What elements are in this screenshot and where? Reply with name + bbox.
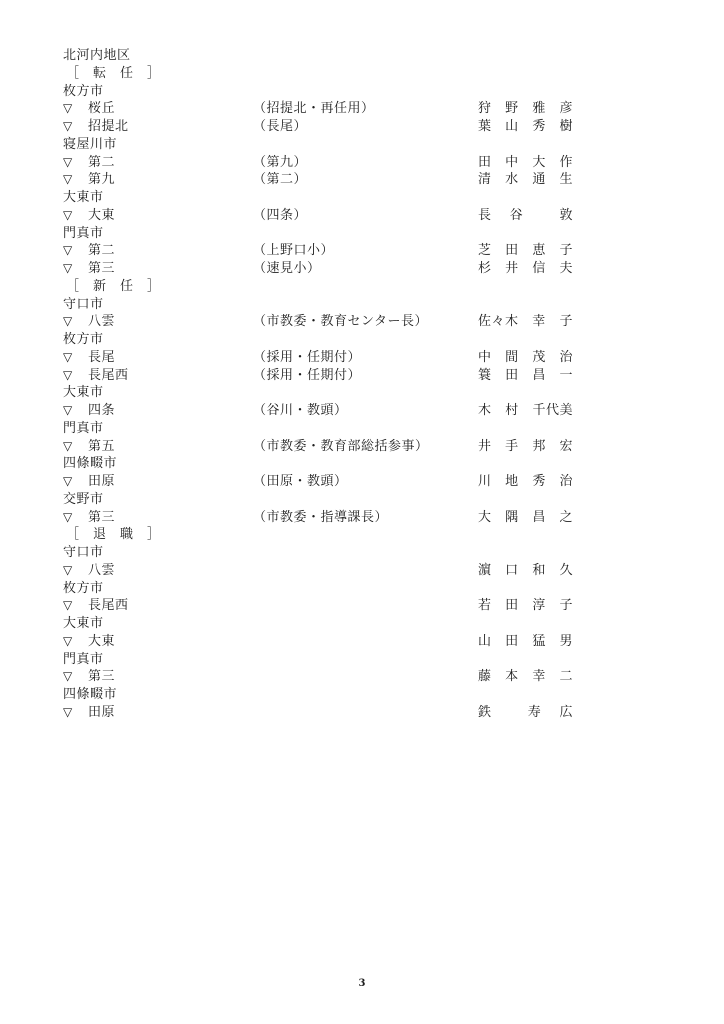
- origin-note: （第九）: [253, 154, 307, 172]
- school-name: 第三: [88, 260, 115, 278]
- personnel-entry-row: ▽第三（市教委・指導課長）大隅昌之: [63, 509, 603, 527]
- personnel-entry-row: ▽第二（第九）田中大作: [63, 154, 603, 172]
- school-name: 大東: [88, 207, 115, 225]
- school-name: 招提北: [88, 118, 129, 136]
- name-token: 田: [505, 367, 519, 385]
- school-name: 第二: [88, 242, 115, 260]
- origin-note: （四条）: [253, 207, 307, 225]
- personnel-entry-row: ▽長尾西（採用・任期付）簑田昌一: [63, 367, 603, 385]
- person-name: 山田猛男: [478, 633, 573, 651]
- city-row: 四條畷市: [63, 455, 603, 473]
- person-name: 鉄寿広: [478, 704, 573, 722]
- name-token: 夫: [559, 260, 573, 278]
- city-row: 守口市: [63, 544, 603, 562]
- origin-note: （市教委・教育部総括参事）: [253, 438, 429, 456]
- name-token: 宏: [559, 438, 573, 456]
- name-token: 幸: [532, 313, 546, 331]
- personnel-entry-row: ▽田原鉄寿広: [63, 704, 603, 722]
- name-token: 中: [478, 349, 492, 367]
- name-token: 和: [532, 562, 546, 580]
- document-content: 北河内地区［ 転 任 ］枚方市▽桜丘（招提北・再任用）狩野雅彦▽招提北（長尾）葉…: [63, 47, 603, 722]
- name-token: 谷: [510, 207, 524, 225]
- person-name: 佐々木幸子: [478, 313, 573, 331]
- city-row: 門真市: [63, 651, 603, 669]
- origin-note: （谷川・教頭）: [253, 402, 348, 420]
- page-number: 3: [0, 978, 724, 990]
- triangle-marker-icon: ▽: [63, 473, 73, 491]
- name-token: 之: [559, 509, 573, 527]
- name-token: 川: [478, 473, 492, 491]
- name-token: 昌: [532, 509, 546, 527]
- triangle-marker-icon: ▽: [63, 100, 73, 118]
- person-name: 木村千代美: [478, 402, 573, 420]
- name-token: 井: [505, 260, 519, 278]
- name-token: 治: [559, 349, 573, 367]
- person-name: 藤本幸二: [478, 668, 573, 686]
- person-name: 大隅昌之: [478, 509, 573, 527]
- name-token: 間: [505, 349, 519, 367]
- triangle-marker-icon: ▽: [63, 633, 73, 651]
- name-token: 藤: [478, 668, 492, 686]
- section-row: ［ 新 任 ］: [63, 278, 603, 296]
- origin-note: （田原・教頭）: [253, 473, 348, 491]
- name-token: 昌: [532, 367, 546, 385]
- person-name: 清水通生: [478, 171, 573, 189]
- personnel-entry-row: ▽大東（四条）長谷敦: [63, 207, 603, 225]
- name-token: 猛: [532, 633, 546, 651]
- name-token: 寿: [528, 704, 542, 722]
- name-token: 久: [559, 562, 573, 580]
- school-name: 大東: [88, 633, 115, 651]
- school-name: 田原: [88, 473, 115, 491]
- school-name: 第二: [88, 154, 115, 172]
- person-name: 中間茂治: [478, 349, 573, 367]
- school-name: 長尾西: [88, 597, 129, 615]
- name-token: 田: [505, 242, 519, 260]
- district-row: 北河内地区: [63, 47, 603, 65]
- section-row: ［ 転 任 ］: [63, 65, 603, 83]
- city-row: 四條畷市: [63, 686, 603, 704]
- person-name: 狩野雅彦: [478, 100, 573, 118]
- name-token: 鉄: [478, 704, 492, 722]
- school-name: 第三: [88, 668, 115, 686]
- name-token: 長: [478, 207, 492, 225]
- name-token: 樹: [559, 118, 573, 136]
- triangle-marker-icon: ▽: [63, 260, 73, 278]
- city-row: 枚方市: [63, 580, 603, 598]
- name-token: 男: [559, 633, 573, 651]
- name-token: 生: [559, 171, 573, 189]
- name-token: 子: [559, 242, 573, 260]
- origin-note: （上野口小）: [253, 242, 334, 260]
- school-name: 八雲: [88, 313, 115, 331]
- name-token: 秀: [532, 473, 546, 491]
- name-token: 邦: [532, 438, 546, 456]
- triangle-marker-icon: ▽: [63, 367, 73, 385]
- school-name: 四条: [88, 402, 115, 420]
- personnel-entry-row: ▽田原（田原・教頭）川地秀治: [63, 473, 603, 491]
- triangle-marker-icon: ▽: [63, 242, 73, 260]
- name-token: 野: [505, 100, 519, 118]
- name-token: 水: [505, 171, 519, 189]
- personnel-entry-row: ▽長尾（採用・任期付）中間茂治: [63, 349, 603, 367]
- personnel-entry-row: ▽大東山田猛男: [63, 633, 603, 651]
- personnel-entry-row: ▽八雲濵口和久: [63, 562, 603, 580]
- personnel-entry-row: ▽第九（第二）清水通生: [63, 171, 603, 189]
- name-token: 隅: [505, 509, 519, 527]
- city-row: 門真市: [63, 225, 603, 243]
- document-page: 北河内地区［ 転 任 ］枚方市▽桜丘（招提北・再任用）狩野雅彦▽招提北（長尾）葉…: [0, 0, 724, 1024]
- name-token: 手: [505, 438, 519, 456]
- name-token: 中: [505, 154, 519, 172]
- school-name: 第九: [88, 171, 115, 189]
- school-name: 桜丘: [88, 100, 115, 118]
- name-token: 村: [505, 402, 519, 420]
- name-token: 井: [478, 438, 492, 456]
- person-name: 簑田昌一: [478, 367, 573, 385]
- name-token: 信: [532, 260, 546, 278]
- triangle-marker-icon: ▽: [63, 704, 73, 722]
- personnel-entry-row: ▽八雲（市教委・教育センター長）佐々木幸子: [63, 313, 603, 331]
- city-row: 寝屋川市: [63, 136, 603, 154]
- name-token: 通: [532, 171, 546, 189]
- triangle-marker-icon: ▽: [63, 509, 73, 527]
- triangle-marker-icon: ▽: [63, 349, 73, 367]
- name-token: 広: [559, 704, 573, 722]
- name-token: 淳: [532, 597, 546, 615]
- name-token: 若: [478, 597, 492, 615]
- name-token: 葉: [478, 118, 492, 136]
- city-row: 門真市: [63, 420, 603, 438]
- name-token: 子: [559, 313, 573, 331]
- person-name: 若田淳子: [478, 597, 573, 615]
- name-token: 山: [505, 118, 519, 136]
- name-token: 清: [478, 171, 492, 189]
- triangle-marker-icon: ▽: [63, 154, 73, 172]
- name-token: 佐々木: [478, 313, 519, 331]
- origin-note: （長尾）: [253, 118, 307, 136]
- name-token: 千代美: [532, 402, 573, 420]
- triangle-marker-icon: ▽: [63, 118, 73, 136]
- origin-note: （第二）: [253, 171, 307, 189]
- personnel-entry-row: ▽第三藤本幸二: [63, 668, 603, 686]
- triangle-marker-icon: ▽: [63, 207, 73, 225]
- origin-note: （速見小）: [253, 260, 321, 278]
- name-token: 秀: [532, 118, 546, 136]
- name-token: 二: [559, 668, 573, 686]
- school-name: 第三: [88, 509, 115, 527]
- name-token: 大: [478, 509, 492, 527]
- name-token: 幸: [532, 668, 546, 686]
- name-token: 芝: [478, 242, 492, 260]
- triangle-marker-icon: ▽: [63, 668, 73, 686]
- name-token: 田: [505, 597, 519, 615]
- school-name: 八雲: [88, 562, 115, 580]
- name-token: 雅: [532, 100, 546, 118]
- name-token: 山: [478, 633, 492, 651]
- name-token: 地: [505, 473, 519, 491]
- origin-note: （採用・任期付）: [253, 349, 361, 367]
- name-token: 木: [478, 402, 492, 420]
- triangle-marker-icon: ▽: [63, 313, 73, 331]
- personnel-entry-row: ▽第二（上野口小）芝田恵子: [63, 242, 603, 260]
- city-row: 交野市: [63, 491, 603, 509]
- personnel-entry-row: ▽第三（速見小）杉井信夫: [63, 260, 603, 278]
- city-row: 枚方市: [63, 331, 603, 349]
- city-row: 大東市: [63, 189, 603, 207]
- person-name: 杉井信夫: [478, 260, 573, 278]
- person-name: 葉山秀樹: [478, 118, 573, 136]
- name-token: 大: [532, 154, 546, 172]
- section-row: ［ 退 職 ］: [63, 526, 603, 544]
- triangle-marker-icon: ▽: [63, 402, 73, 420]
- person-name: 濵口和久: [478, 562, 573, 580]
- person-name: 長谷敦: [478, 207, 573, 225]
- origin-note: （採用・任期付）: [253, 367, 361, 385]
- personnel-entry-row: ▽長尾西若田淳子: [63, 597, 603, 615]
- city-row: 大東市: [63, 384, 603, 402]
- city-row: 大東市: [63, 615, 603, 633]
- name-token: 簑: [478, 367, 492, 385]
- origin-note: （招提北・再任用）: [253, 100, 375, 118]
- personnel-entry-row: ▽第五（市教委・教育部総括参事）井手邦宏: [63, 438, 603, 456]
- city-row: 守口市: [63, 296, 603, 314]
- name-token: 茂: [532, 349, 546, 367]
- person-name: 川地秀治: [478, 473, 573, 491]
- origin-note: （市教委・指導課長）: [253, 509, 388, 527]
- person-name: 芝田恵子: [478, 242, 573, 260]
- person-name: 井手邦宏: [478, 438, 573, 456]
- name-token: 口: [505, 562, 519, 580]
- name-token: 濵: [478, 562, 492, 580]
- name-token: 子: [559, 597, 573, 615]
- person-name: 田中大作: [478, 154, 573, 172]
- personnel-entry-row: ▽桜丘（招提北・再任用）狩野雅彦: [63, 100, 603, 118]
- name-token: 彦: [559, 100, 573, 118]
- origin-note: （市教委・教育センター長）: [253, 313, 428, 331]
- school-name: 長尾西: [88, 367, 129, 385]
- name-token: 敦: [559, 207, 573, 225]
- name-token: 田: [478, 154, 492, 172]
- name-token: 杉: [478, 260, 492, 278]
- triangle-marker-icon: ▽: [63, 562, 73, 580]
- school-name: 第五: [88, 438, 115, 456]
- city-row: 枚方市: [63, 83, 603, 101]
- personnel-entry-row: ▽招提北（長尾）葉山秀樹: [63, 118, 603, 136]
- triangle-marker-icon: ▽: [63, 171, 73, 189]
- name-token: 田: [505, 633, 519, 651]
- name-token: 治: [559, 473, 573, 491]
- name-token: 恵: [532, 242, 546, 260]
- name-token: 本: [505, 668, 519, 686]
- name-token: 狩: [478, 100, 492, 118]
- triangle-marker-icon: ▽: [63, 438, 73, 456]
- triangle-marker-icon: ▽: [63, 597, 73, 615]
- school-name: 長尾: [88, 349, 115, 367]
- name-token: 一: [559, 367, 573, 385]
- personnel-entry-row: ▽四条（谷川・教頭）木村千代美: [63, 402, 603, 420]
- school-name: 田原: [88, 704, 115, 722]
- name-token: 作: [559, 154, 573, 172]
